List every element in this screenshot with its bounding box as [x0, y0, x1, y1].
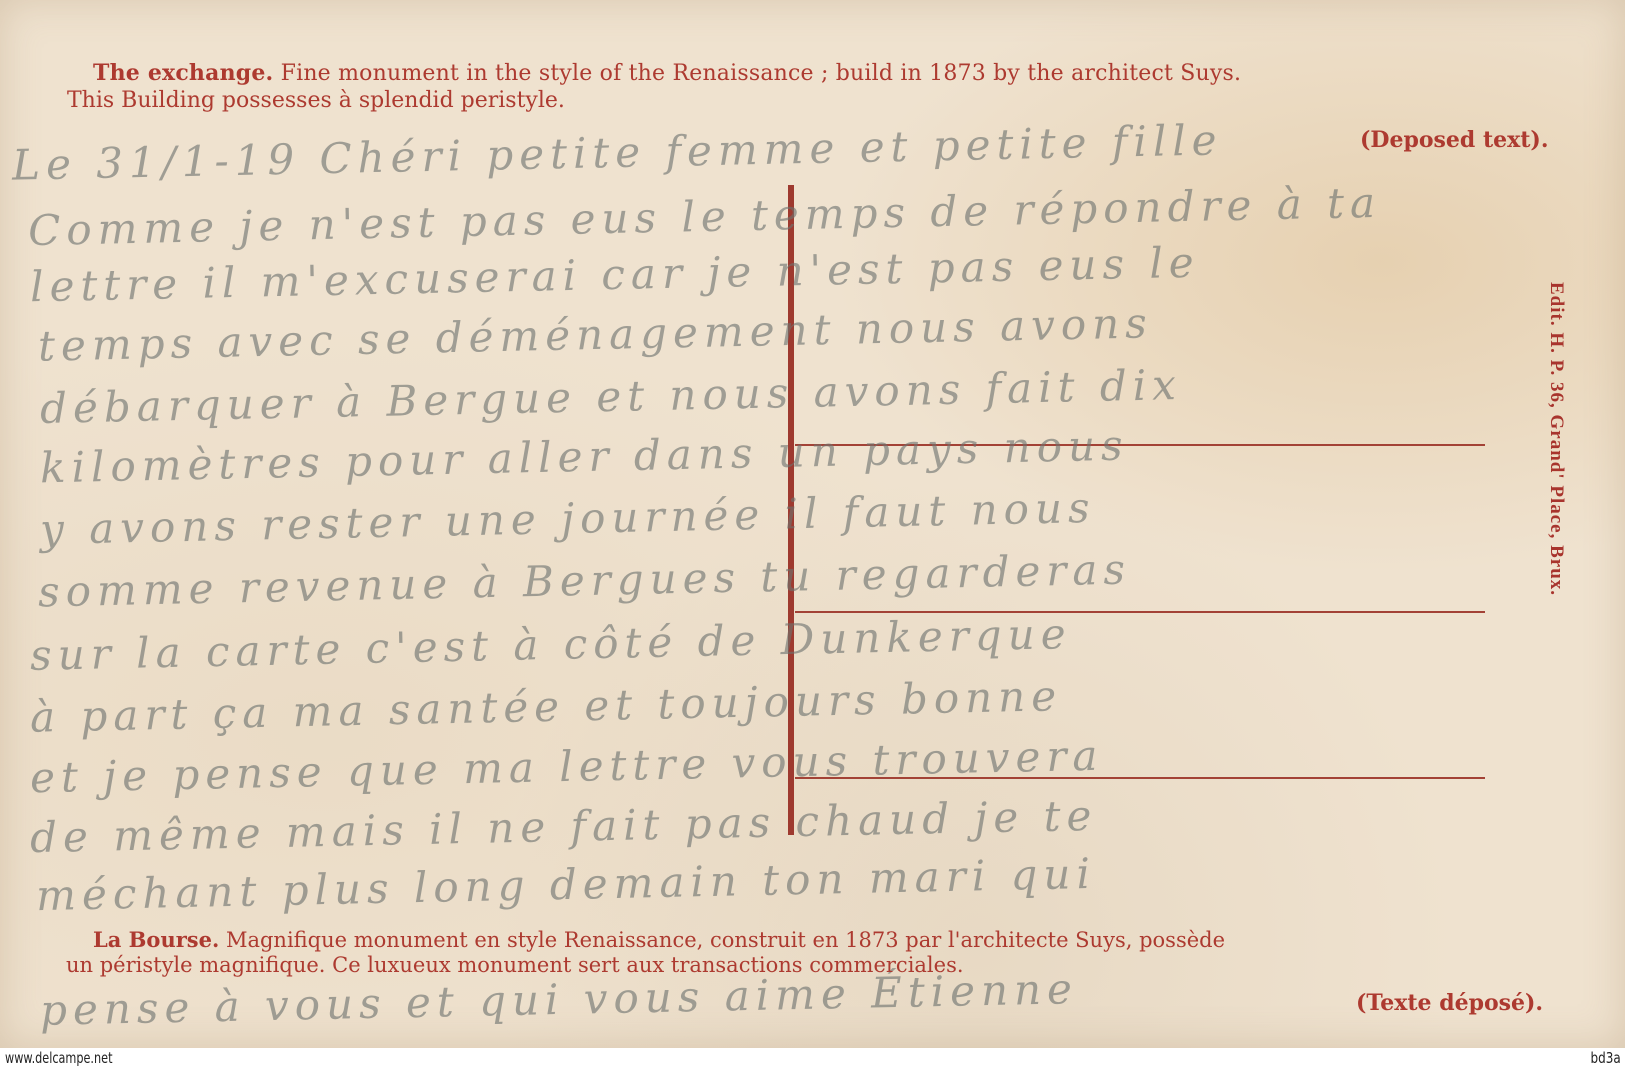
postcard-back: The exchange. Fine monument in the style… — [0, 0, 1625, 1048]
handwriting-line: lettre il m'excuserai car je n'est pas e… — [30, 238, 1200, 311]
caption-en-title: The exchange. — [93, 60, 273, 86]
handwriting-line: sur la carte c'est à côté de Dunkerque — [30, 609, 1072, 680]
caption-en-line1: The exchange. Fine monument in the style… — [93, 60, 1241, 86]
handwriting-line: Comme je n'est pas eus le temps de répon… — [28, 178, 1382, 255]
handwritten-message: Le 31/1-19 Chéri petite femme et petite … — [0, 0, 1625, 1048]
handwriting-line: et je pense que ma lettre vous trouvera — [30, 731, 1104, 802]
caption-fr-title: La Bourse. — [93, 927, 219, 952]
divider-vertical-rule — [788, 185, 794, 835]
handwriting-line: kilomètres pour aller dans un pays nous — [40, 421, 1129, 493]
watermark-footer: www.delcampe.net bd3a — [0, 1048, 1625, 1068]
handwriting-line: temps avec se déménagement nous avons — [38, 298, 1154, 370]
handwriting-line: y avons rester une journée il faut nous — [40, 483, 1096, 554]
watermark-id: bd3a — [1591, 1049, 1621, 1067]
handwriting-line: somme revenue à Bergues tu regarderas — [38, 545, 1132, 617]
caption-en-line2: This Building possesses à splendid peris… — [67, 88, 565, 113]
watermark-site: www.delcampe.net — [5, 1049, 112, 1067]
handwriting-line: de même mais il ne fait pas chaud je te — [30, 791, 1098, 862]
caption-fr-line2: un péristyle magnifique. Ce luxueux monu… — [66, 953, 964, 977]
deposed-text-note: (Deposed text). — [1360, 127, 1548, 153]
address-line-2 — [795, 611, 1485, 613]
address-line-1 — [795, 444, 1485, 446]
handwriting-line: débarquer à Bergue et nous avons fait di… — [40, 360, 1183, 433]
caption-fr-text: Magnifique monument en style Renaissance… — [219, 928, 1225, 952]
handwriting-line: à part ça ma santée et toujours bonne — [30, 671, 1063, 742]
texte-depose-note: (Texte déposé). — [1356, 990, 1543, 1016]
caption-en-text: Fine monument in the style of the Renais… — [273, 61, 1241, 86]
handwriting-line: Le 31/1-19 Chéri petite femme et petite … — [12, 115, 1223, 189]
publisher-imprint: Edit. H. P. 36, Grand' Place, Brux. — [1545, 282, 1567, 596]
handwriting-line: méchant plus long demain ton mari qui — [36, 849, 1097, 920]
caption-fr-line1: La Bourse. Magnifique monument en style … — [93, 927, 1225, 952]
address-line-3 — [795, 777, 1485, 779]
